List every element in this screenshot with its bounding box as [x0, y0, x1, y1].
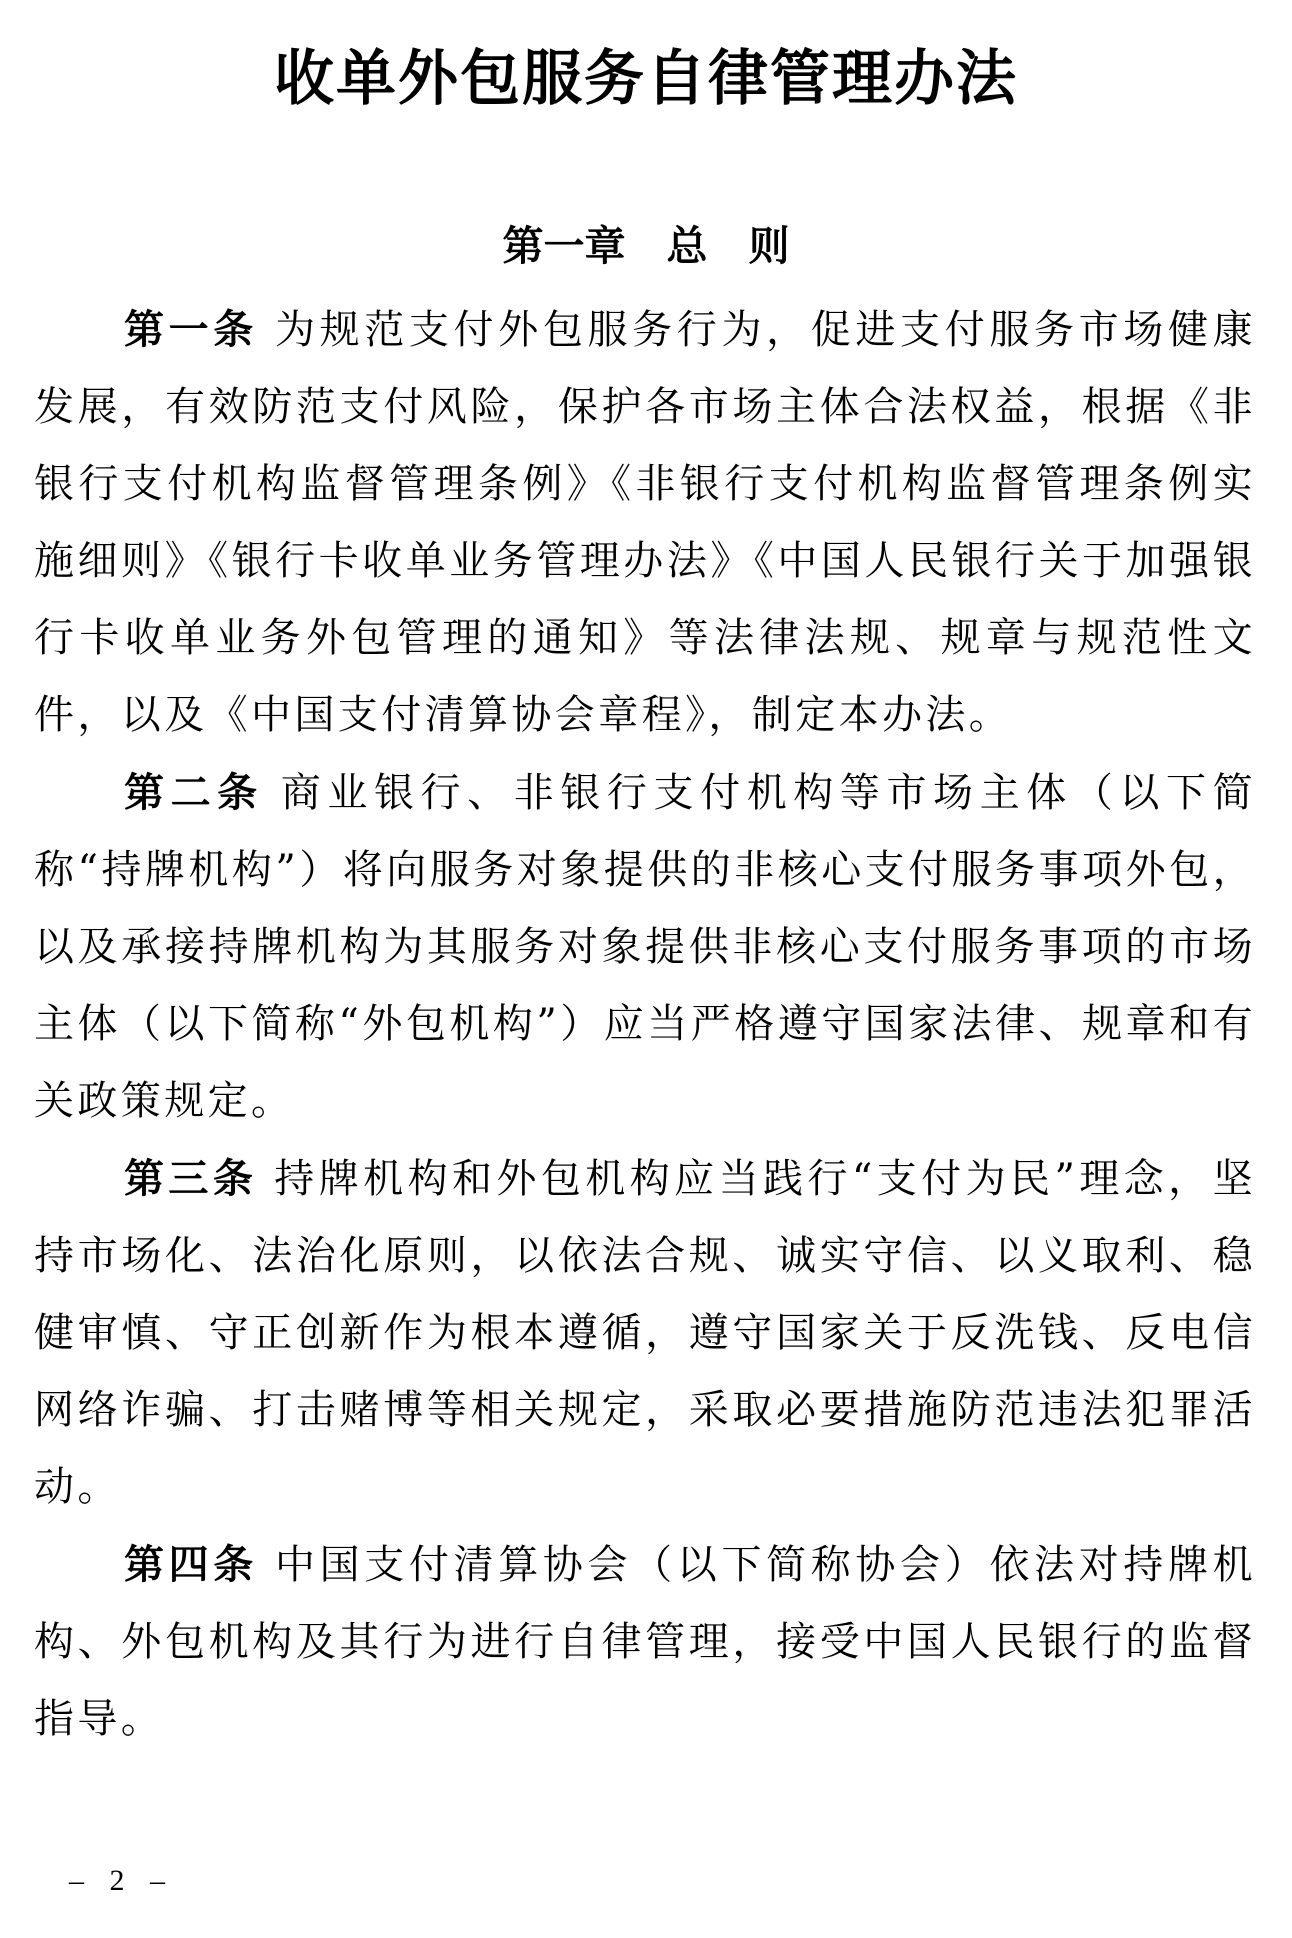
chapter-heading: 第一章 总 则	[0, 226, 1292, 267]
document-title: 收单外包服务自律管理办法	[0, 48, 1292, 111]
article-2-label: 第二条	[124, 769, 264, 816]
article-1-label: 第一条	[124, 306, 258, 353]
document-body: 第一条为规范支付外包服务行为，促进支付服务市场健康发展，有效防范支付风险，保护各…	[34, 291, 1256, 1758]
article-4-label: 第四条	[124, 1541, 258, 1588]
article-1: 第一条为规范支付外包服务行为，促进支付服务市场健康发展，有效防范支付风险，保护各…	[34, 291, 1256, 754]
page-number: – 2 –	[69, 1866, 174, 1896]
article-3: 第三条持牌机构和外包机构应当践行“支付为民”理念，坚持市场化、法治化原则，以依法…	[34, 1140, 1256, 1526]
article-1-text: 为规范支付外包服务行为，促进支付服务市场健康发展，有效防范支付风险，保护各市场主…	[34, 307, 1256, 738]
document-page: 收单外包服务自律管理办法 第一章 总 则 第一条为规范支付外包服务行为，促进支付…	[0, 0, 1292, 1938]
article-3-text: 持牌机构和外包机构应当践行“支付为民”理念，坚持市场化、法治化原则，以依法合规、…	[34, 1156, 1256, 1510]
article-2-text: 商业银行、非银行支付机构等市场主体（以下简称“持牌机构”）将向服务对象提供的非核…	[34, 770, 1256, 1124]
article-2: 第二条商业银行、非银行支付机构等市场主体（以下简称“持牌机构”）将向服务对象提供…	[34, 754, 1256, 1140]
article-3-label: 第三条	[124, 1155, 257, 1202]
article-4: 第四条中国支付清算协会（以下简称协会）依法对持牌机构、外包机构及其行为进行自律管…	[34, 1526, 1256, 1758]
